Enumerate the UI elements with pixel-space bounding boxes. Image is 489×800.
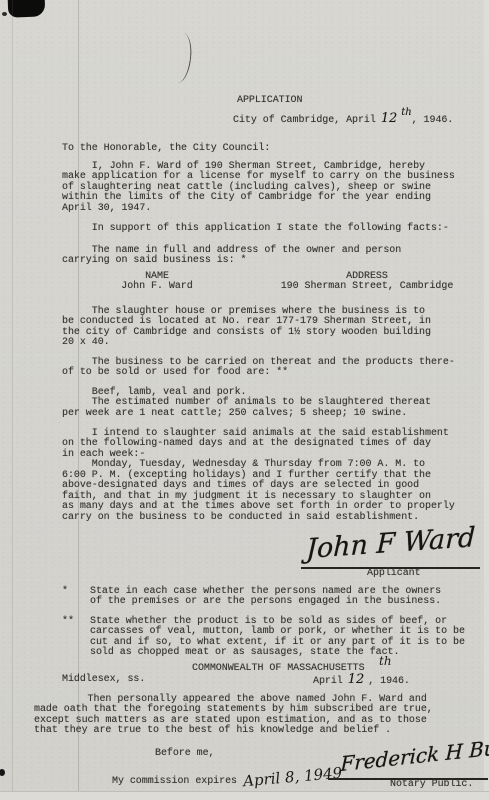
paragraph-support: In support of this application I state t… <box>62 224 449 234</box>
commission-handwritten-date: April 8, 1949 <box>242 764 342 791</box>
paper-bottom-edge <box>0 791 489 800</box>
paragraph-intro: I, John F. Ward of 190 Sherman Street, C… <box>62 162 455 214</box>
paragraph-premises: The slaughter house or premises where th… <box>62 307 431 349</box>
scan-artifact-dot-bottom <box>0 769 5 776</box>
salutation: To the Honorable, the City Council: <box>62 144 270 154</box>
before-me: Before me, <box>155 749 215 759</box>
paragraph-business: The business to be carried on thereat an… <box>62 358 455 379</box>
footnote-one-marker: * <box>62 587 68 597</box>
county-line: Middlesex, ss. <box>62 675 145 685</box>
scanned-document-page: APPLICATION City of Cambridge, April12th… <box>0 0 489 800</box>
name-value: John F. Ward <box>96 282 218 292</box>
owner-address-column: ADDRESS190 Sherman Street, Cambridge <box>275 272 459 293</box>
dateline-top-suffix: , 1946. <box>412 115 454 126</box>
footnote-two-text: State whether the product is to be sold … <box>90 617 465 659</box>
dateline-bottom-prefix: April <box>313 676 343 687</box>
dateline-bottom: April12, 1946. <box>313 675 410 687</box>
applicant-signature: John F Ward <box>306 522 476 565</box>
handwritten-th-mark: th <box>379 654 392 668</box>
scan-artifact-dot-top <box>2 12 7 16</box>
notary-label: Notary Public. <box>390 780 473 790</box>
handwritten-day-suffix: th <box>401 107 411 118</box>
paper-right-edge <box>484 0 489 800</box>
dateline-top: City of Cambridge, April12th, 1946. <box>233 114 453 126</box>
paragraph-products: Beef, lamb, veal and pork. The estimated… <box>62 388 431 419</box>
footnote-one-text: State in each case whether the persons n… <box>90 587 441 608</box>
dateline-top-prefix: City of Cambridge, April <box>233 115 376 126</box>
handwritten-day: 12 <box>381 111 397 126</box>
paragraph-schedule: I intend to slaughter said animals at th… <box>62 429 455 523</box>
commission-typed: My commission expires <box>112 777 237 787</box>
commonwealth-heading: COMMONWEALTH OF MASSACHUSETTS <box>192 664 365 674</box>
address-value: 190 Sherman Street, Cambridge <box>275 282 459 292</box>
applicant-label: Applicant <box>367 569 421 579</box>
footnote-two-marker: ** <box>62 617 74 627</box>
notary-signature: Frederick H Burke <box>340 732 489 776</box>
dateline-bottom-suffix: , 1946. <box>368 676 410 687</box>
paragraph-owner: The name in full and address of the owne… <box>62 246 401 267</box>
stray-pen-mark <box>167 32 194 84</box>
document-heading: APPLICATION <box>237 96 302 106</box>
handwritten-day-bottom: 12 <box>348 672 364 687</box>
scan-artifact-corner-blob <box>8 0 46 18</box>
paragraph-oath: Then personally appeared the above named… <box>34 695 433 737</box>
owner-name-column: NAMEJohn F. Ward <box>96 272 218 293</box>
paper-edge-line <box>12 0 13 800</box>
